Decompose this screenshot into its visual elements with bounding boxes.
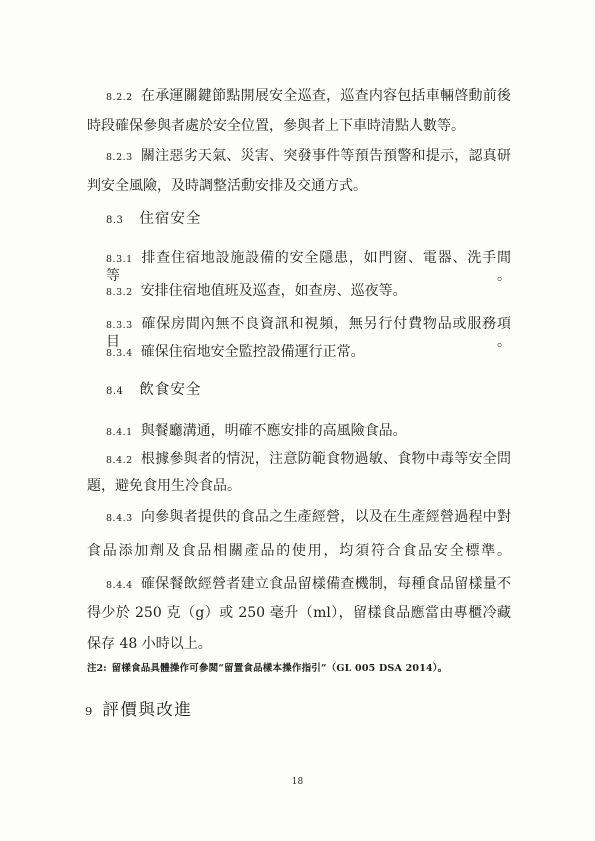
note-label: 注2: [87,663,107,674]
clause-8-4-1: 8.4.1與餐廳溝通，明確不應安排的高風險食品。 [87,423,511,441]
clause-number: 8.3.1 [106,254,133,265]
clause-8-4-4-line-2: 得少於 250 克（g）或 250 毫升（ml），留樣食品應當由專櫃冷藏 [87,605,511,621]
clause-text: 與餐廳溝通，明確不應安排的高風險食品。 [141,423,407,439]
page-number: 18 [0,777,595,787]
clause-number: 8.3.4 [106,348,133,359]
clause-number: 8.2.3 [106,152,133,163]
document-page: 8.2.2在承運關鍵節點開展安全巡查，巡查内容包括車輛啓動前後 時段確保參與者處… [0,0,595,841]
clause-8-2-3-line-1: 8.2.3關注惡劣天氣、災害、突發事件等預告預警和提示，認真研 [87,148,511,166]
clause-text: 向參與者提供的食品之生產經營，以及在生產經營過程中對 [141,509,511,525]
clause-8-3-1: 8.3.1排查住宿地設施設備的安全隱患，如門窗、電器、洗手間等。 [87,250,511,284]
clause-number: 8.3.2 [106,287,133,298]
clause-number: 8.4.4 [106,580,133,591]
clause-text: 在承運關鍵節點開展安全巡查，巡查内容包括車輛啓動前後 [141,88,511,104]
clause-text: 確保住宿地安全監控設備運行正常。 [141,344,365,360]
clause-number: 8.4.3 [106,513,133,524]
section-number: 8.3 [106,215,123,226]
clause-text: 判安全風險，及時調整活動安排及交通方式。 [87,178,367,194]
section-8-4-heading: 8.4飲食安全 [87,382,511,400]
clause-text: 根據參與者的情況，注意防範食物過敏、食物中毒等安全問 [141,451,511,467]
clause-text: 排查住宿地設施設備的安全隱患，如門窗、電器、洗手間等。 [106,250,511,284]
clause-number: 8.2.2 [106,92,133,103]
clause-8-4-4-line-3: 保存 48 小時以上。 [87,636,511,652]
clause-text: 得少於 250 克（g）或 250 毫升（ml），留樣食品應當由專櫃冷藏 [87,605,511,621]
note-2: 注2:留樣食品具體操作可參閲“留置食品樣本操作指引”（GL 005 DSA 20… [87,663,511,675]
section-number: 8.4 [106,386,123,397]
clause-text: 關注惡劣天氣、災害、突發事件等預告預警和提示，認真研 [141,148,511,164]
clause-number: 8.4.2 [106,455,133,466]
note-text: 留樣食品具體操作可參閲“留置食品樣本操作指引”（GL 005 DSA 2014）… [112,663,448,674]
clause-text: 食品添加劑及食品相關產品的使用，均須符合食品安全標準。 [87,543,511,559]
clause-8-2-2-line-2: 時段確保參與者處於安全位置，參與者上下車時清點人數等。 [87,118,511,134]
clause-8-4-3-line-1: 8.4.3向參與者提供的食品之生產經營，以及在生產經營過程中對 [87,509,511,527]
clause-number: 8.4.1 [106,427,133,438]
section-9-heading: 9評價與改進 [85,700,509,721]
clause-text: 安排住宿地值班及巡查，如查房、巡夜等。 [141,283,407,299]
clause-text: 時段確保參與者處於安全位置，參與者上下車時清點人數等。 [87,118,465,134]
clause-number: 8.3.3 [106,320,133,331]
section-title: 住宿安全 [139,211,201,227]
clause-8-2-2-line-1: 8.2.2在承運關鍵節點開展安全巡查，巡查内容包括車輛啓動前後 [87,88,511,106]
clause-text: 題，避免食用生冷食品。 [87,478,241,494]
section-number: 9 [85,704,92,718]
clause-8-2-3-line-2: 判安全風險，及時調整活動安排及交通方式。 [87,178,511,194]
clause-8-4-3-line-2: 食品添加劑及食品相關產品的使用，均須符合食品安全標準。 [87,543,511,559]
section-title: 飲食安全 [139,382,201,398]
clause-8-4-2-line-2: 題，避免食用生冷食品。 [87,478,511,494]
clause-text: 保存 48 小時以上。 [87,636,212,652]
clause-8-3-4: 8.3.4確保住宿地安全監控設備運行正常。 [87,344,511,362]
clause-8-4-2-line-1: 8.4.2根據參與者的情況，注意防範食物過敏、食物中毒等安全問 [87,451,511,469]
clause-8-4-4-line-1: 8.4.4確保餐飲經營者建立食品留樣備查機制，每種食品留樣量不 [87,576,511,594]
section-8-3-heading: 8.3住宿安全 [87,211,511,229]
clause-text: 確保餐飲經營者建立食品留樣備查機制，每種食品留樣量不 [141,576,511,592]
section-title: 評價與改進 [102,700,192,719]
clause-8-3-2: 8.3.2安排住宿地值班及巡查，如查房、巡夜等。 [87,283,511,301]
